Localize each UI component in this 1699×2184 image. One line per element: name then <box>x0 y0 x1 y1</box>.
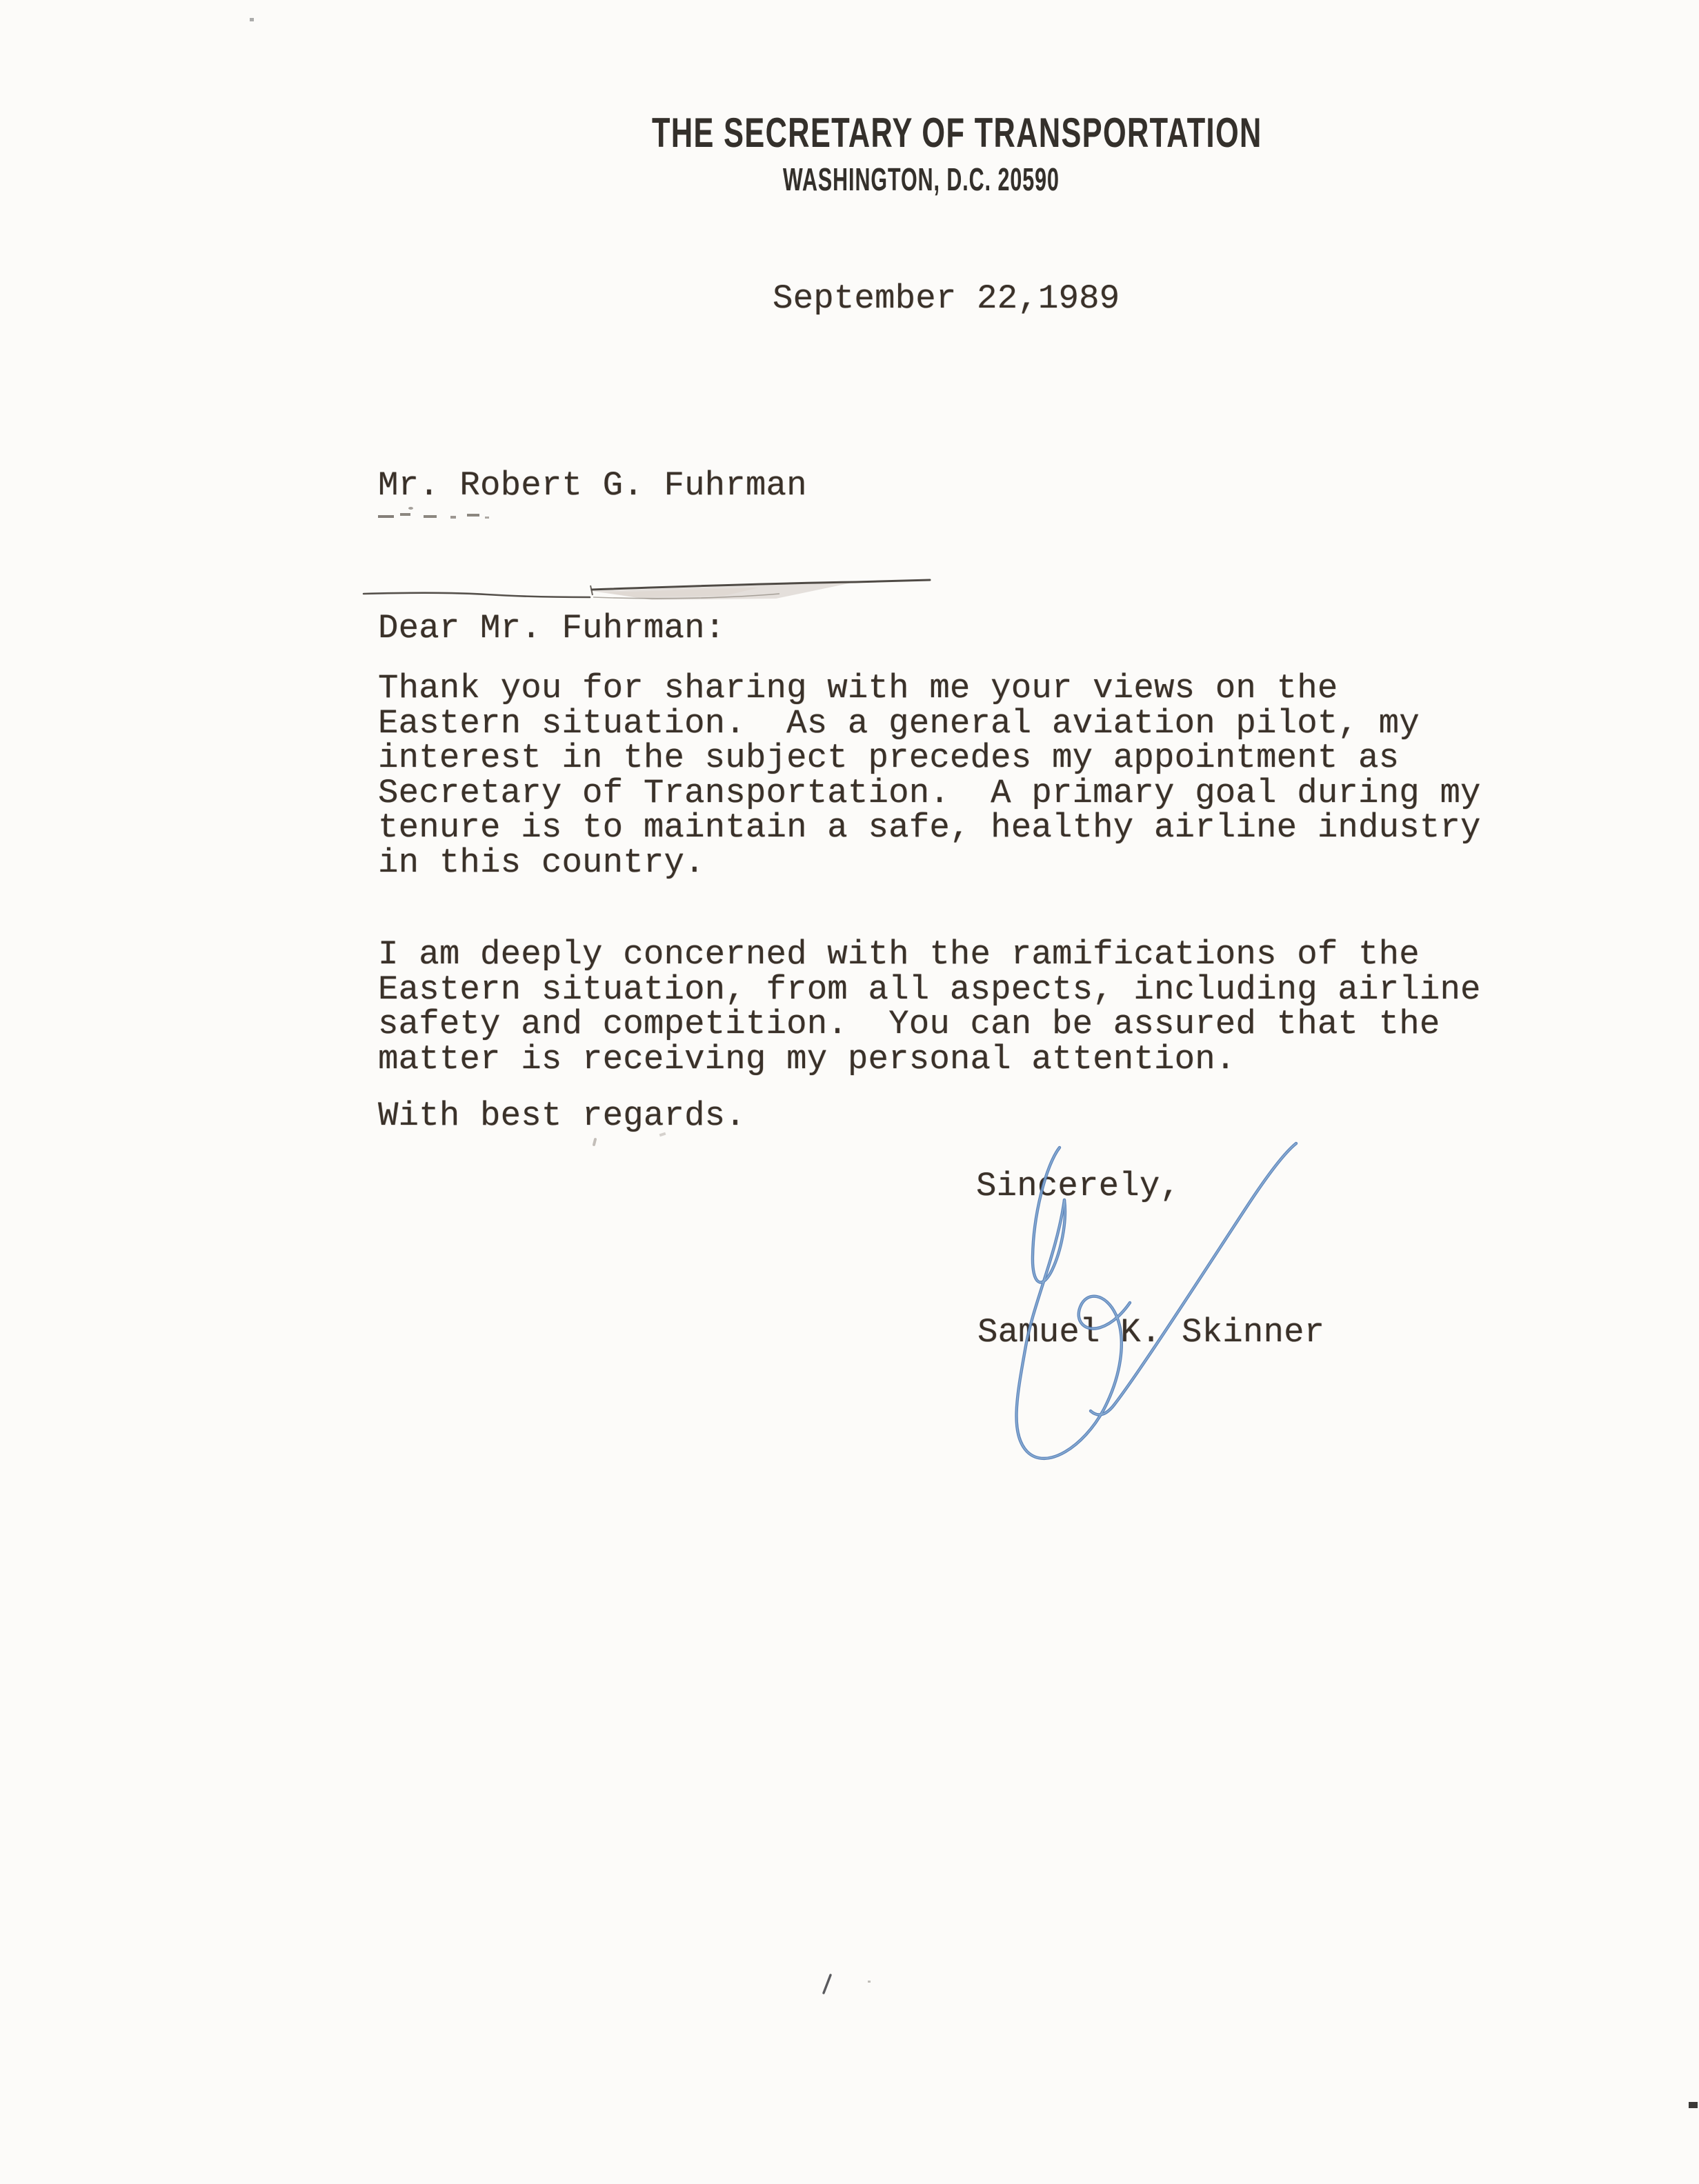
typed-signer-name: Samuel K. Skinner <box>977 1315 1324 1350</box>
letterhead-address: WASHINGTON, D.C. 20590 <box>783 161 1060 198</box>
closing-word: Sincerely, <box>976 1169 1180 1204</box>
body-paragraph-2: I am deeply concerned with the ramificat… <box>378 937 1481 1076</box>
regards-line: With best regards. <box>378 1099 746 1134</box>
recipient-name: Mr. Robert G. Fuhrman <box>378 468 807 503</box>
letterhead-title: THE SECRETARY OF TRANSPORTATION <box>652 109 1262 157</box>
body-paragraph-1: Thank you for sharing with me your views… <box>378 671 1481 880</box>
scanned-letter-page: THE SECRETARY OF TRANSPORTATION WASHINGT… <box>0 0 1699 2184</box>
date-line: September 22,1989 <box>773 281 1120 317</box>
salutation: Dear Mr. Fuhrman: <box>378 611 725 646</box>
redaction-smudge-line <box>345 569 966 610</box>
